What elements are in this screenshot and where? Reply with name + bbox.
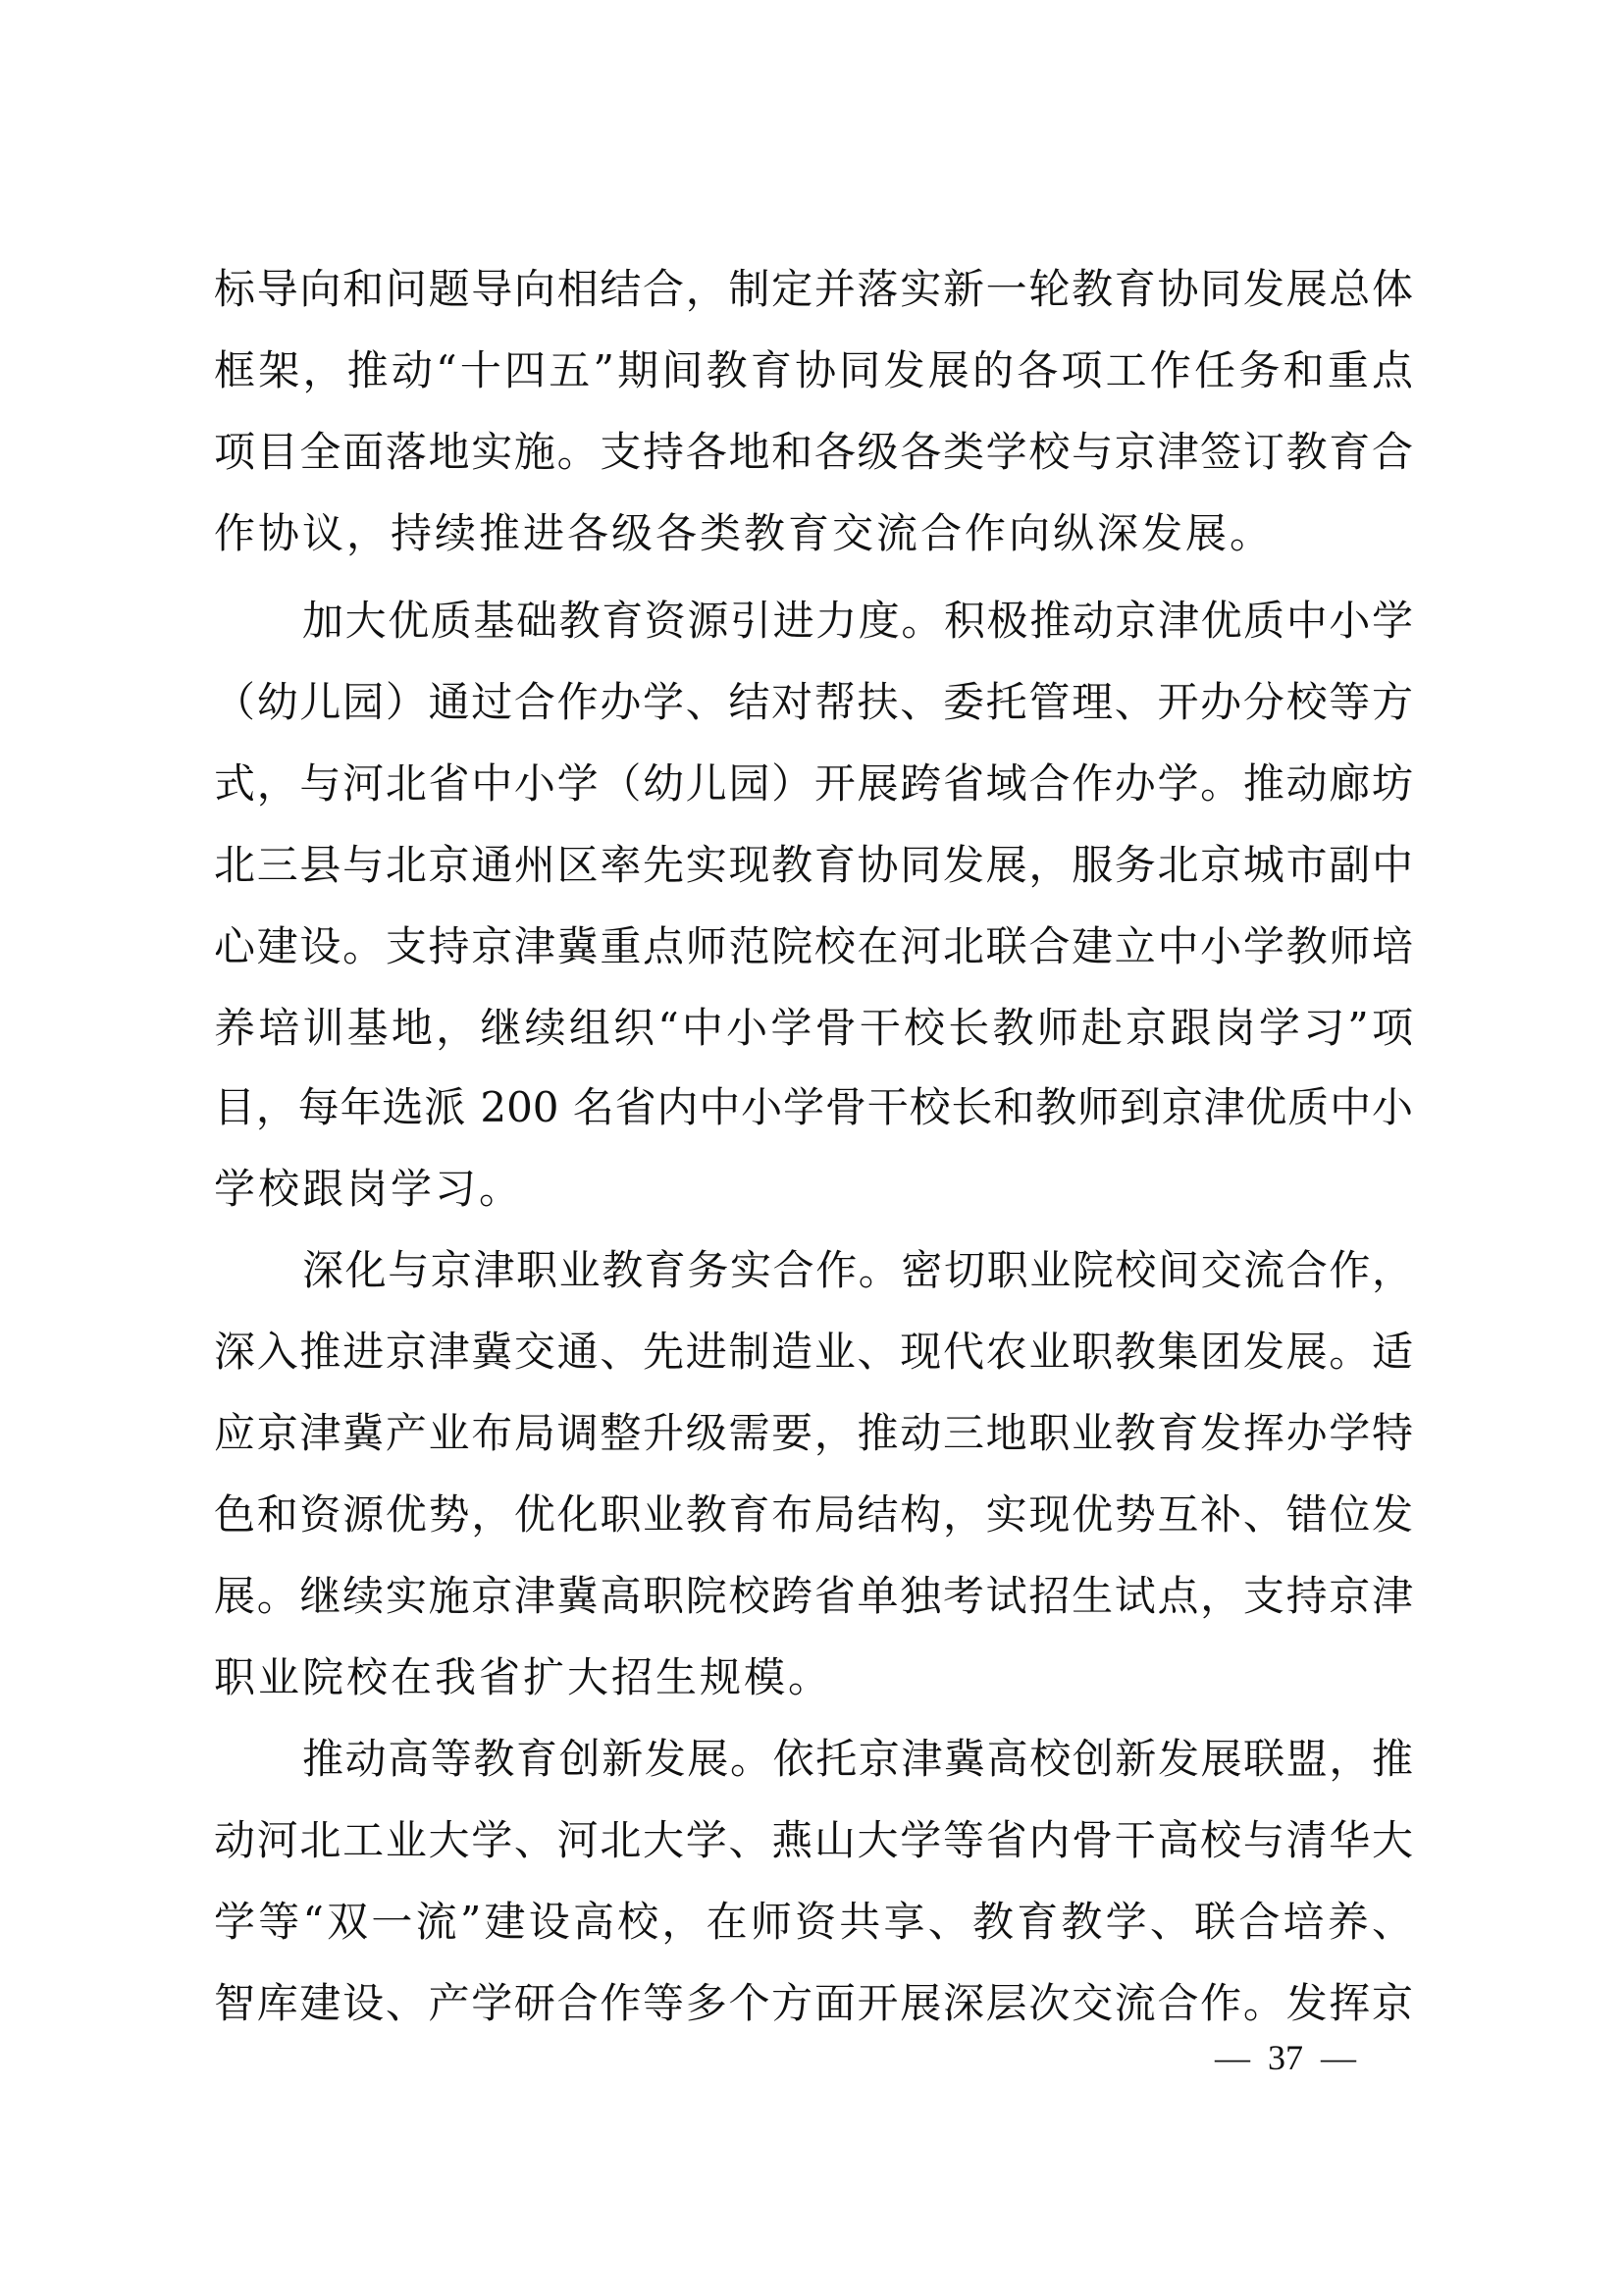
text-line: 框架，推动“十四五”期间教育协同发展的各项工作任务和重点 — [214, 341, 1413, 400]
text-line: 养培训基地，继续组织“中小学骨干校长教师赴京跟岗学习”项 — [214, 999, 1413, 1058]
text-line: 应京津冀产业布局调整升级需要，推动三地职业教育发挥办学特 — [214, 1404, 1413, 1463]
text-line: 项目全面落地实施。支持各地和各级各类学校与京津签订教育合 — [214, 423, 1413, 482]
text-line: 目，每年选派 200 名省内中小学骨干校长和教师到京津优质中小 — [214, 1078, 1413, 1137]
text-line: 学校跟岗学习。 — [214, 1160, 1413, 1219]
paragraph-first-line: 推动高等教育创新发展。依托京津冀高校创新发展联盟，推 — [302, 1730, 1413, 1789]
text-line: 色和资源优势，优化职业教育布局结构，实现优势互补、错位发 — [214, 1486, 1413, 1544]
text-line: 心建设。支持京津冀重点师范院校在河北联合建立中小学教师培 — [214, 917, 1413, 976]
paragraph-first-line: 深化与京津职业教育务实合作。密切职业院校间交流合作， — [302, 1241, 1413, 1300]
paragraph-first-line: 加大优质基础教育资源引进力度。积极推动京津优质中小学 — [302, 592, 1413, 651]
text-line: 作协议，持续推进各级各类教育交流合作向纵深发展。 — [214, 504, 1413, 563]
text-line: 动河北工业大学、河北大学、燕山大学等省内骨干高校与清华大 — [214, 1811, 1413, 1870]
text-line: 职业院校在我省扩大招生规模。 — [214, 1648, 1413, 1707]
text-line: 标导向和问题导向相结合，制定并落实新一轮教育协同发展总体 — [214, 260, 1413, 319]
text-line: 北三县与北京通州区率先实现教育协同发展，服务北京城市副中 — [214, 836, 1413, 895]
document-page: 标导向和问题导向相结合，制定并落实新一轮教育协同发展总体框架，推动“十四五”期间… — [0, 0, 1624, 2296]
text-line: 式，与河北省中小学（幼儿园）开展跨省域合作办学。推动廊坊 — [214, 755, 1413, 813]
text-line: 展。继续实施京津冀高职院校跨省单独考试招生试点，支持京津 — [214, 1567, 1413, 1626]
page-number: — 37 — — [1187, 2033, 1384, 2082]
text-line: 深入推进京津冀交通、先进制造业、现代农业职教集团发展。适 — [214, 1323, 1413, 1382]
text-line: （幼儿园）通过合作办学、结对帮扶、委托管理、开办分校等方 — [214, 673, 1413, 732]
text-line: 智库建设、产学研合作等多个方面开展深层次交流合作。发挥京 — [214, 1974, 1413, 2033]
text-line: 学等“双一流”建设高校，在师资共享、教育教学、联合培养、 — [214, 1893, 1413, 1952]
